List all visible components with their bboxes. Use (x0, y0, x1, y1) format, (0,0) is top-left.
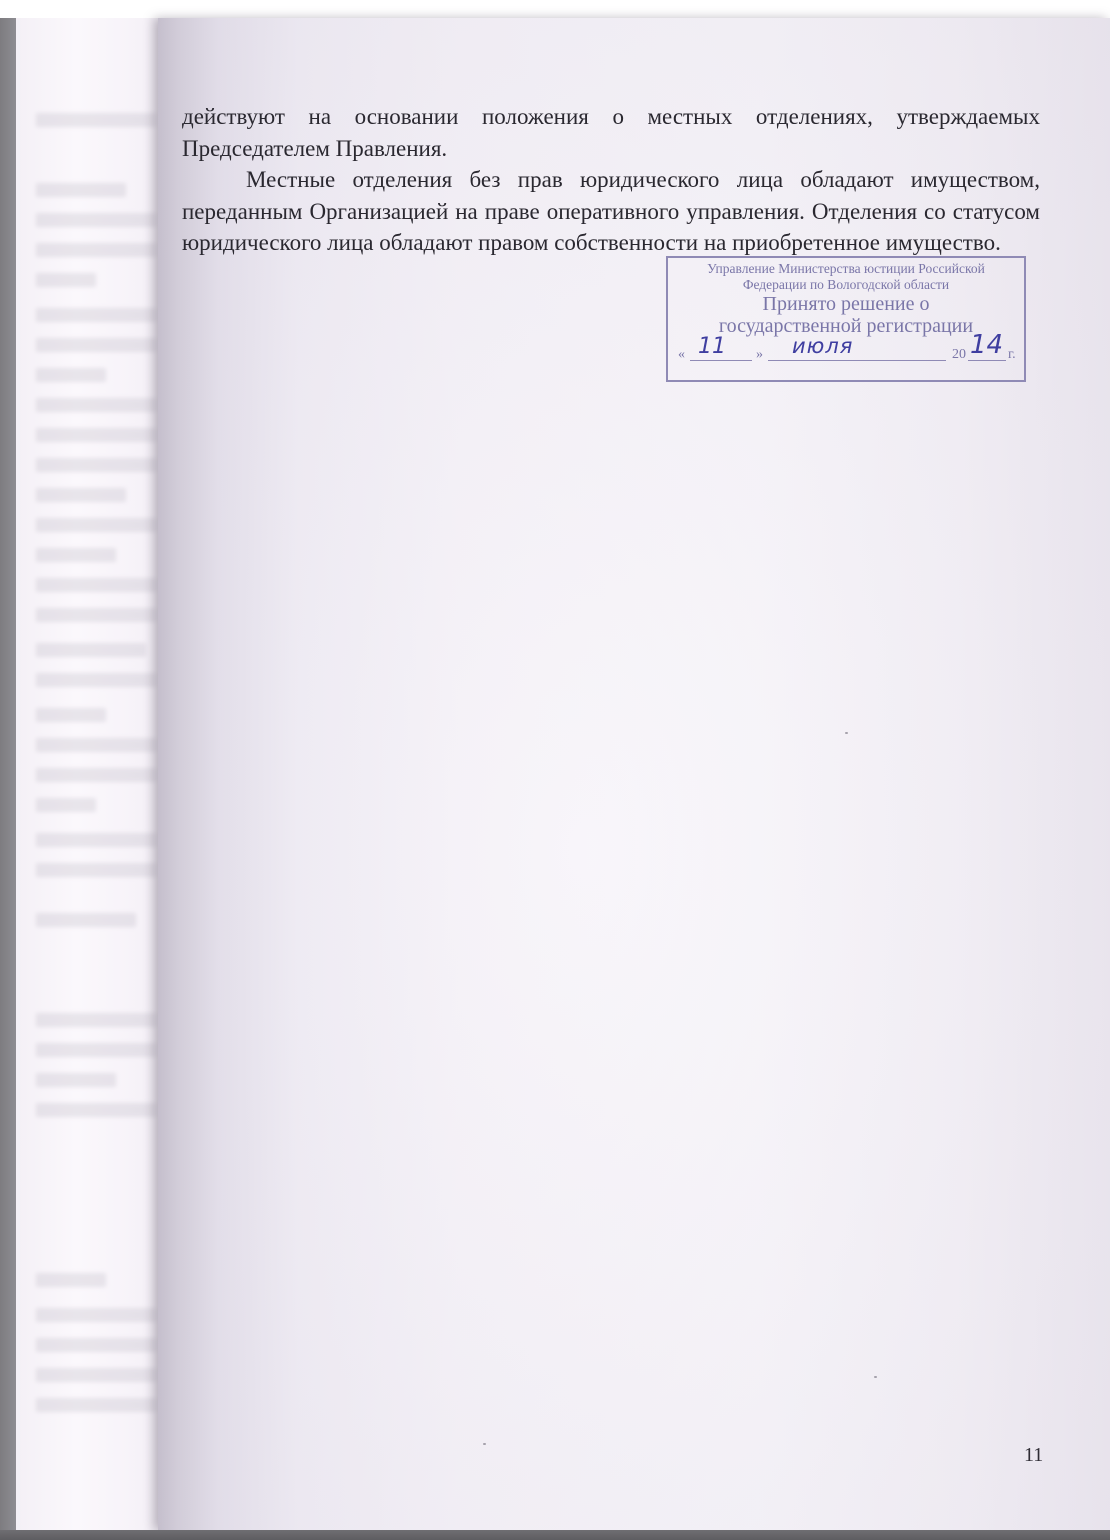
ghost-text (36, 518, 156, 532)
scan-top-margin (0, 0, 1110, 18)
ghost-text (36, 428, 156, 442)
page-number: 11 (1024, 1444, 1043, 1467)
ghost-text (36, 243, 156, 257)
ghost-text (36, 1103, 156, 1117)
ghost-text (36, 183, 126, 197)
ghost-text (36, 708, 106, 722)
ghost-text (36, 1073, 116, 1087)
ghost-text (36, 338, 156, 352)
ghost-text (36, 863, 156, 877)
ghost-text (36, 113, 156, 127)
ghost-text (36, 768, 156, 782)
stamp-year-underline (968, 360, 1006, 361)
ghost-text (36, 608, 156, 622)
ghost-text (36, 1398, 156, 1412)
stamp-authority-line-1: Управление Министерства юстиции Российск… (668, 261, 1024, 277)
ghost-text (36, 488, 126, 502)
ghost-text (36, 913, 136, 927)
stamp-quote-open: « (678, 347, 685, 363)
scan-binding-edge (0, 18, 16, 1540)
paragraph-property: Местные отделения без прав юридического … (182, 164, 1040, 259)
stamp-decision-line-1: Принято решение о (668, 293, 1024, 315)
paragraph-continuation: действуют на основании положения о местн… (182, 101, 1040, 164)
ghost-text (36, 213, 156, 227)
ghost-text (36, 1013, 156, 1027)
ghost-text (36, 273, 96, 287)
stamp-month-underline (768, 360, 946, 361)
scan-speck (845, 732, 848, 734)
ghost-text (36, 398, 156, 412)
ghost-text (36, 308, 156, 322)
ghost-text (36, 643, 146, 657)
underlying-page-edge (16, 18, 166, 1530)
ghost-text (36, 1338, 156, 1352)
stamp-authority-line-2: Федерации по Вологодской области (668, 277, 1024, 293)
ghost-text (36, 368, 106, 382)
ghost-text (36, 578, 156, 592)
stamp-day-underline (690, 360, 752, 361)
ghost-text (36, 1308, 156, 1322)
stamp-handwritten-year: 14 (970, 330, 1003, 360)
ghost-text (36, 548, 116, 562)
scan-speck (483, 1443, 486, 1445)
ghost-text (36, 738, 156, 752)
stamp-handwritten-month: июля (792, 334, 853, 358)
ghost-text (36, 458, 156, 472)
ghost-text (36, 1043, 156, 1057)
ghost-text (36, 1368, 156, 1382)
scan-speck (874, 1376, 877, 1378)
registration-stamp: Управление Министерства юстиции Российск… (666, 256, 1026, 382)
document-body: действуют на основании положения о местн… (182, 101, 1040, 259)
ghost-text (36, 798, 96, 812)
stamp-quote-close: » (756, 347, 763, 363)
ghost-text (36, 1273, 106, 1287)
stamp-year-prefix: 20 (952, 347, 966, 363)
stamp-year-unit: г. (1008, 347, 1016, 363)
stamp-handwritten-day: 11 (698, 334, 726, 359)
ghost-text (36, 833, 156, 847)
scan-bottom-edge (0, 1530, 1110, 1540)
stamp-date: « 11 » июля 20 14 г. (668, 338, 1024, 364)
ghost-text (36, 673, 156, 687)
